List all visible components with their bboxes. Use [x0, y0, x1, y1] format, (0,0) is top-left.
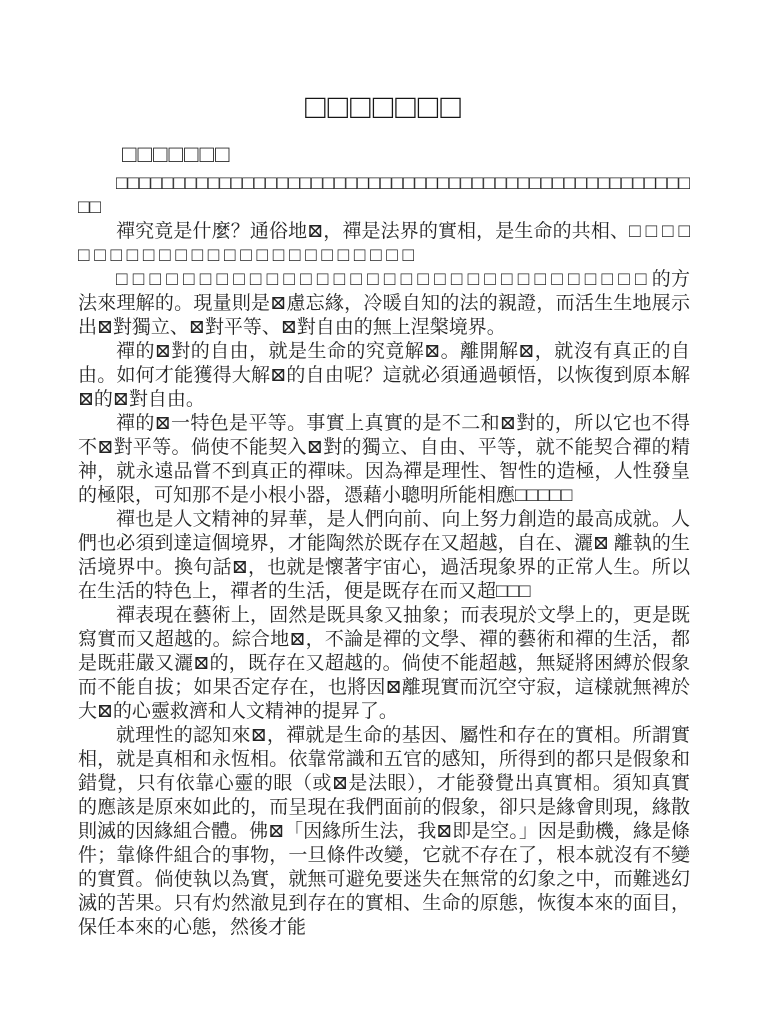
document-body: □□□□□□□□□□□□□□□□□□□□□□□□□□□□□□□□□□□□□□□□… [78, 172, 690, 940]
paragraph: 禪的⊠一特色是平等。事實上真實的是不二和⊠對的，所以它也不得不⊠對平等。倘使不能… [78, 412, 690, 508]
paragraph: 禪究竟是什麼？通俗地⊠，禪是法界的實相，是生命的共相、□ □ □ □ □ □ □… [78, 220, 690, 268]
paragraph: 禪也是人文精神的昇華，是人們向前、向上努力創造的最高成就。人們也必須到達這個境界… [78, 508, 690, 604]
paragraph: □□□□□□□□□□□□□□□□□□□□□□□□□□□□□□□□□□□□□□□□… [78, 172, 690, 220]
document-content: □□□□□□□ □□□□□□□ □□□□□□□□□□□□□□□□□□□□□□□□… [0, 0, 768, 940]
paragraph: □ □ □ □ □ □ □ □ □ □ □ □ □ □ □ □ □ □ □ □ … [78, 268, 690, 340]
paragraph: 禪的⊠對的自由，就是生命的究竟解⊠。離開解⊠，就沒有真正的自由。如何才能獲得大解… [78, 340, 690, 412]
paragraph: 就理性的認知來⊠，禪就是生命的基因、屬性和存在的實相。所謂實相，就是真相和永恆相… [78, 724, 690, 940]
document-subtitle: □□□□□□□ [78, 140, 690, 170]
document-page: □□□□□□□ □□□□□□□ □□□□□□□□□□□□□□□□□□□□□□□□… [0, 0, 768, 1024]
document-title: □□□□□□□ [78, 86, 690, 130]
paragraph: 禪表現在藝術上，固然是既具象又抽象；而表現於文學上的，更是既寫實而又超越的。綜合… [78, 604, 690, 724]
